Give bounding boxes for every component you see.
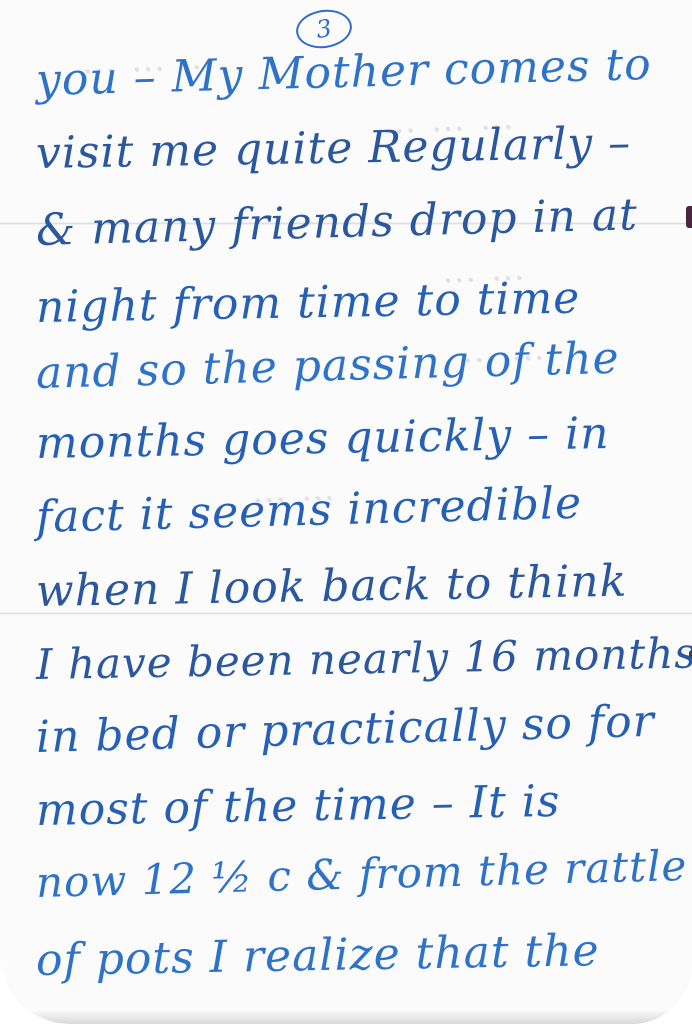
letter-line: night from time to time xyxy=(36,273,581,333)
letter-line: visit me quite Regularly – xyxy=(36,118,632,179)
letter-line: in bed or practically so for xyxy=(35,696,655,763)
letter-line: now 12 ½ c & from the rattle xyxy=(35,841,688,907)
letter-page: … … … … … … … … … … … … 3 you – My Mothe… xyxy=(0,0,692,1024)
letter-line: and so the passing of the xyxy=(35,333,620,399)
page-bottom-shadow xyxy=(0,1010,692,1024)
letter-line: most of the time – It is xyxy=(36,776,561,836)
letter-line: & many friends drop in at xyxy=(35,189,638,256)
letter-line: months goes quickly – in xyxy=(36,408,610,469)
letter-line: of pots I realize that the xyxy=(36,925,600,986)
letter-body: you – My Mother comes to visit me quite … xyxy=(0,0,692,1024)
letter-line: you – My Mother comes to xyxy=(35,39,652,106)
letter-line: fact it seems incredible xyxy=(35,478,582,543)
letter-line: I have been nearly 16 months xyxy=(36,628,692,689)
letter-line: when I look back to think xyxy=(36,556,628,617)
